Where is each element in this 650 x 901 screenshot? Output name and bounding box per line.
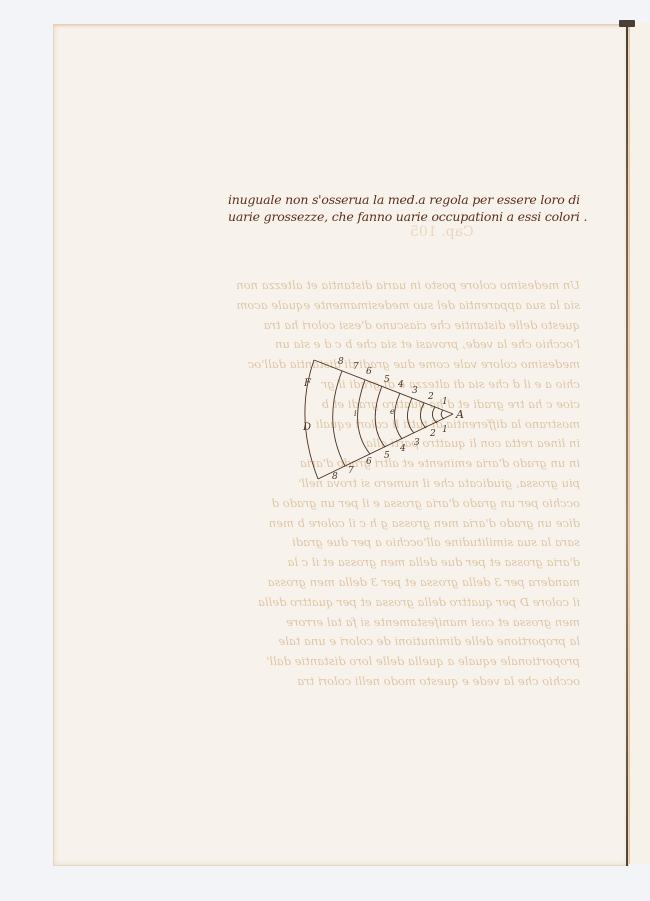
bleed-line: la proportione delle diminutioni de colo… [228, 632, 580, 652]
bleed-line: questo delle distantie che ciascuno d'es… [228, 316, 580, 336]
svg-text:3: 3 [414, 438, 420, 448]
svg-text:2: 2 [429, 429, 436, 439]
page-clip [619, 20, 635, 27]
apex-label: A [455, 408, 464, 421]
svg-text:6: 6 [366, 457, 372, 467]
book-gutter [626, 24, 628, 866]
adjacent-page [629, 22, 650, 864]
region-label-f: F [303, 378, 312, 389]
bleed-line: sara la sua similitudine all'occhio a pe… [228, 533, 580, 553]
bleed-line: il colore D per quattro della grossa et … [228, 593, 580, 613]
svg-text:8: 8 [338, 357, 344, 367]
svg-text:7: 7 [348, 466, 354, 476]
svg-text:2: 2 [427, 392, 434, 402]
svg-text:4: 4 [399, 444, 406, 454]
upper-edge-line [314, 360, 453, 414]
svg-text:5: 5 [384, 375, 390, 385]
svg-text:6: 6 [366, 367, 372, 377]
svg-text:1: 1 [442, 397, 448, 407]
bleed-line: Un medesimo colore posto in uaria distan… [228, 276, 580, 296]
bleed-line: proportionale equale a quella delle loro… [228, 652, 580, 672]
bleed-line: men grossa et cosi manifestamente si fa … [228, 613, 580, 633]
svg-text:i: i [354, 409, 357, 418]
svg-text:7: 7 [353, 362, 359, 372]
region-label-d: D [302, 422, 311, 433]
bleed-line: d'aria grossa et per due della men gross… [228, 553, 580, 573]
perspective-diagram: A F D 1 2 3 4 5 6 7 8 1 2 3 4 5 6 7 8 e … [290, 352, 490, 487]
svg-text:4: 4 [397, 380, 404, 390]
heading-line: uarie grossezze, che fanno uarie occupat… [228, 208, 588, 225]
bleed-line: mandera per 3 della grossa et per 3 dell… [228, 573, 580, 593]
svg-text:e: e [390, 407, 395, 416]
svg-text:1: 1 [442, 425, 448, 435]
bleed-through-heading: Cap. 105 [410, 224, 474, 240]
heading-line: inuguale non s'osserua la med.a regola p… [228, 191, 588, 208]
bleed-line: dice un grado d'aria men grossa g h c il… [228, 514, 580, 534]
bleed-line: occhio che la vede e questo modo nelli c… [228, 672, 580, 692]
bleed-line: sia la sua apparentia del suo medesimame… [228, 296, 580, 316]
lower-edge-line [318, 414, 453, 479]
svg-text:5: 5 [384, 451, 390, 461]
handwritten-heading: inuguale non s'osserua la med.a regola p… [228, 191, 588, 225]
page-edge [53, 24, 629, 27]
bleed-line: occhio per un grado d'aria grossa e il p… [228, 494, 580, 514]
svg-text:3: 3 [412, 386, 418, 396]
svg-text:8: 8 [332, 472, 338, 482]
